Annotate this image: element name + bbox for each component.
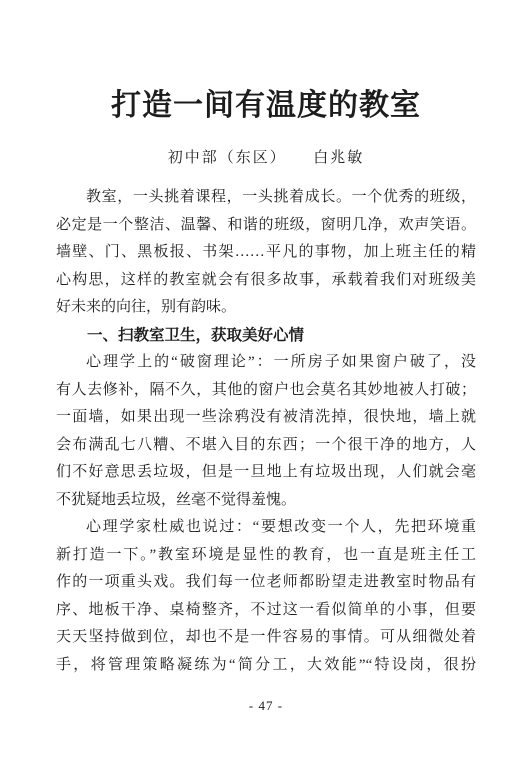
text-line: 心理学家杜威也说过：“要想改变一个人，先把环境重 [56, 514, 476, 542]
page-number: - 47 - [0, 698, 532, 714]
text-line: 们不好意思丢垃圾，但是一旦地上有垃圾出现，人们就会毫 [56, 459, 476, 487]
text-line: 心构思，这样的教室就会有很多故事，承载着我们对班级美 [56, 267, 476, 295]
text-line: 好未来的向往，别有韵味。 [56, 294, 476, 322]
document-page: 打造一间有温度的教室 初中部（东区） 白兆敏 教室，一头挑着课程，一头挑着成长。… [0, 0, 532, 768]
text-line: 手，将管理策略凝练为“简分工，大效能”“特设岗，很扮 [56, 652, 476, 680]
paragraph: 心理学上的“破窗理论”：一所房子如果窗户破了，没 有人去修补，隔不久，其他的窗户… [56, 349, 476, 514]
section-heading: 一、扫教室卫生，获取美好心情 [56, 322, 476, 350]
text-line: 天天坚持做到位，却也不是一件容易的事情。可从细微处着 [56, 624, 476, 652]
text-line: 有人去修补，隔不久，其他的窗户也会莫名其妙地被人打破； [56, 377, 476, 405]
text-line: 会布满乱七八糟、不堪入目的东西；一个很干净的地方，人 [56, 432, 476, 460]
text-line: 心理学上的“破窗理论”：一所房子如果窗户破了，没 [56, 349, 476, 377]
author-line: 初中部（东区） 白兆敏 [56, 148, 476, 168]
text-line: 墙壁、门、黑板报、书架……平凡的事物，加上班主任的精 [56, 239, 476, 267]
text-line: 不犹疑地丢垃圾，丝毫不觉得羞愧。 [56, 487, 476, 515]
text-line: 一面墙，如果出现一些涂鸦没有被清洗掉，很快地，墙上就 [56, 404, 476, 432]
text-line: 序、地板干净、桌椅整齐，不过这一看似简单的小事，但要 [56, 597, 476, 625]
paragraph: 教室，一头挑着课程，一头挑着成长。一个优秀的班级， 必定是一个整洁、温馨、和谐的… [56, 184, 476, 322]
document-body: 教室，一头挑着课程，一头挑着成长。一个优秀的班级， 必定是一个整洁、温馨、和谐的… [56, 184, 476, 679]
text-line: 教室，一头挑着课程，一头挑着成长。一个优秀的班级， [56, 184, 476, 212]
document-title: 打造一间有温度的教室 [56, 86, 476, 126]
text-line: 必定是一个整洁、温馨、和谐的班级，窗明几净，欢声笑语。 [56, 212, 476, 240]
paragraph: 心理学家杜威也说过：“要想改变一个人，先把环境重 新打造一下。”教室环境是显性的… [56, 514, 476, 679]
text-line: 作的一项重头戏。我们每一位老师都盼望走进教室时物品有 [56, 569, 476, 597]
text-line: 新打造一下。”教室环境是显性的教育，也一直是班主任工 [56, 542, 476, 570]
